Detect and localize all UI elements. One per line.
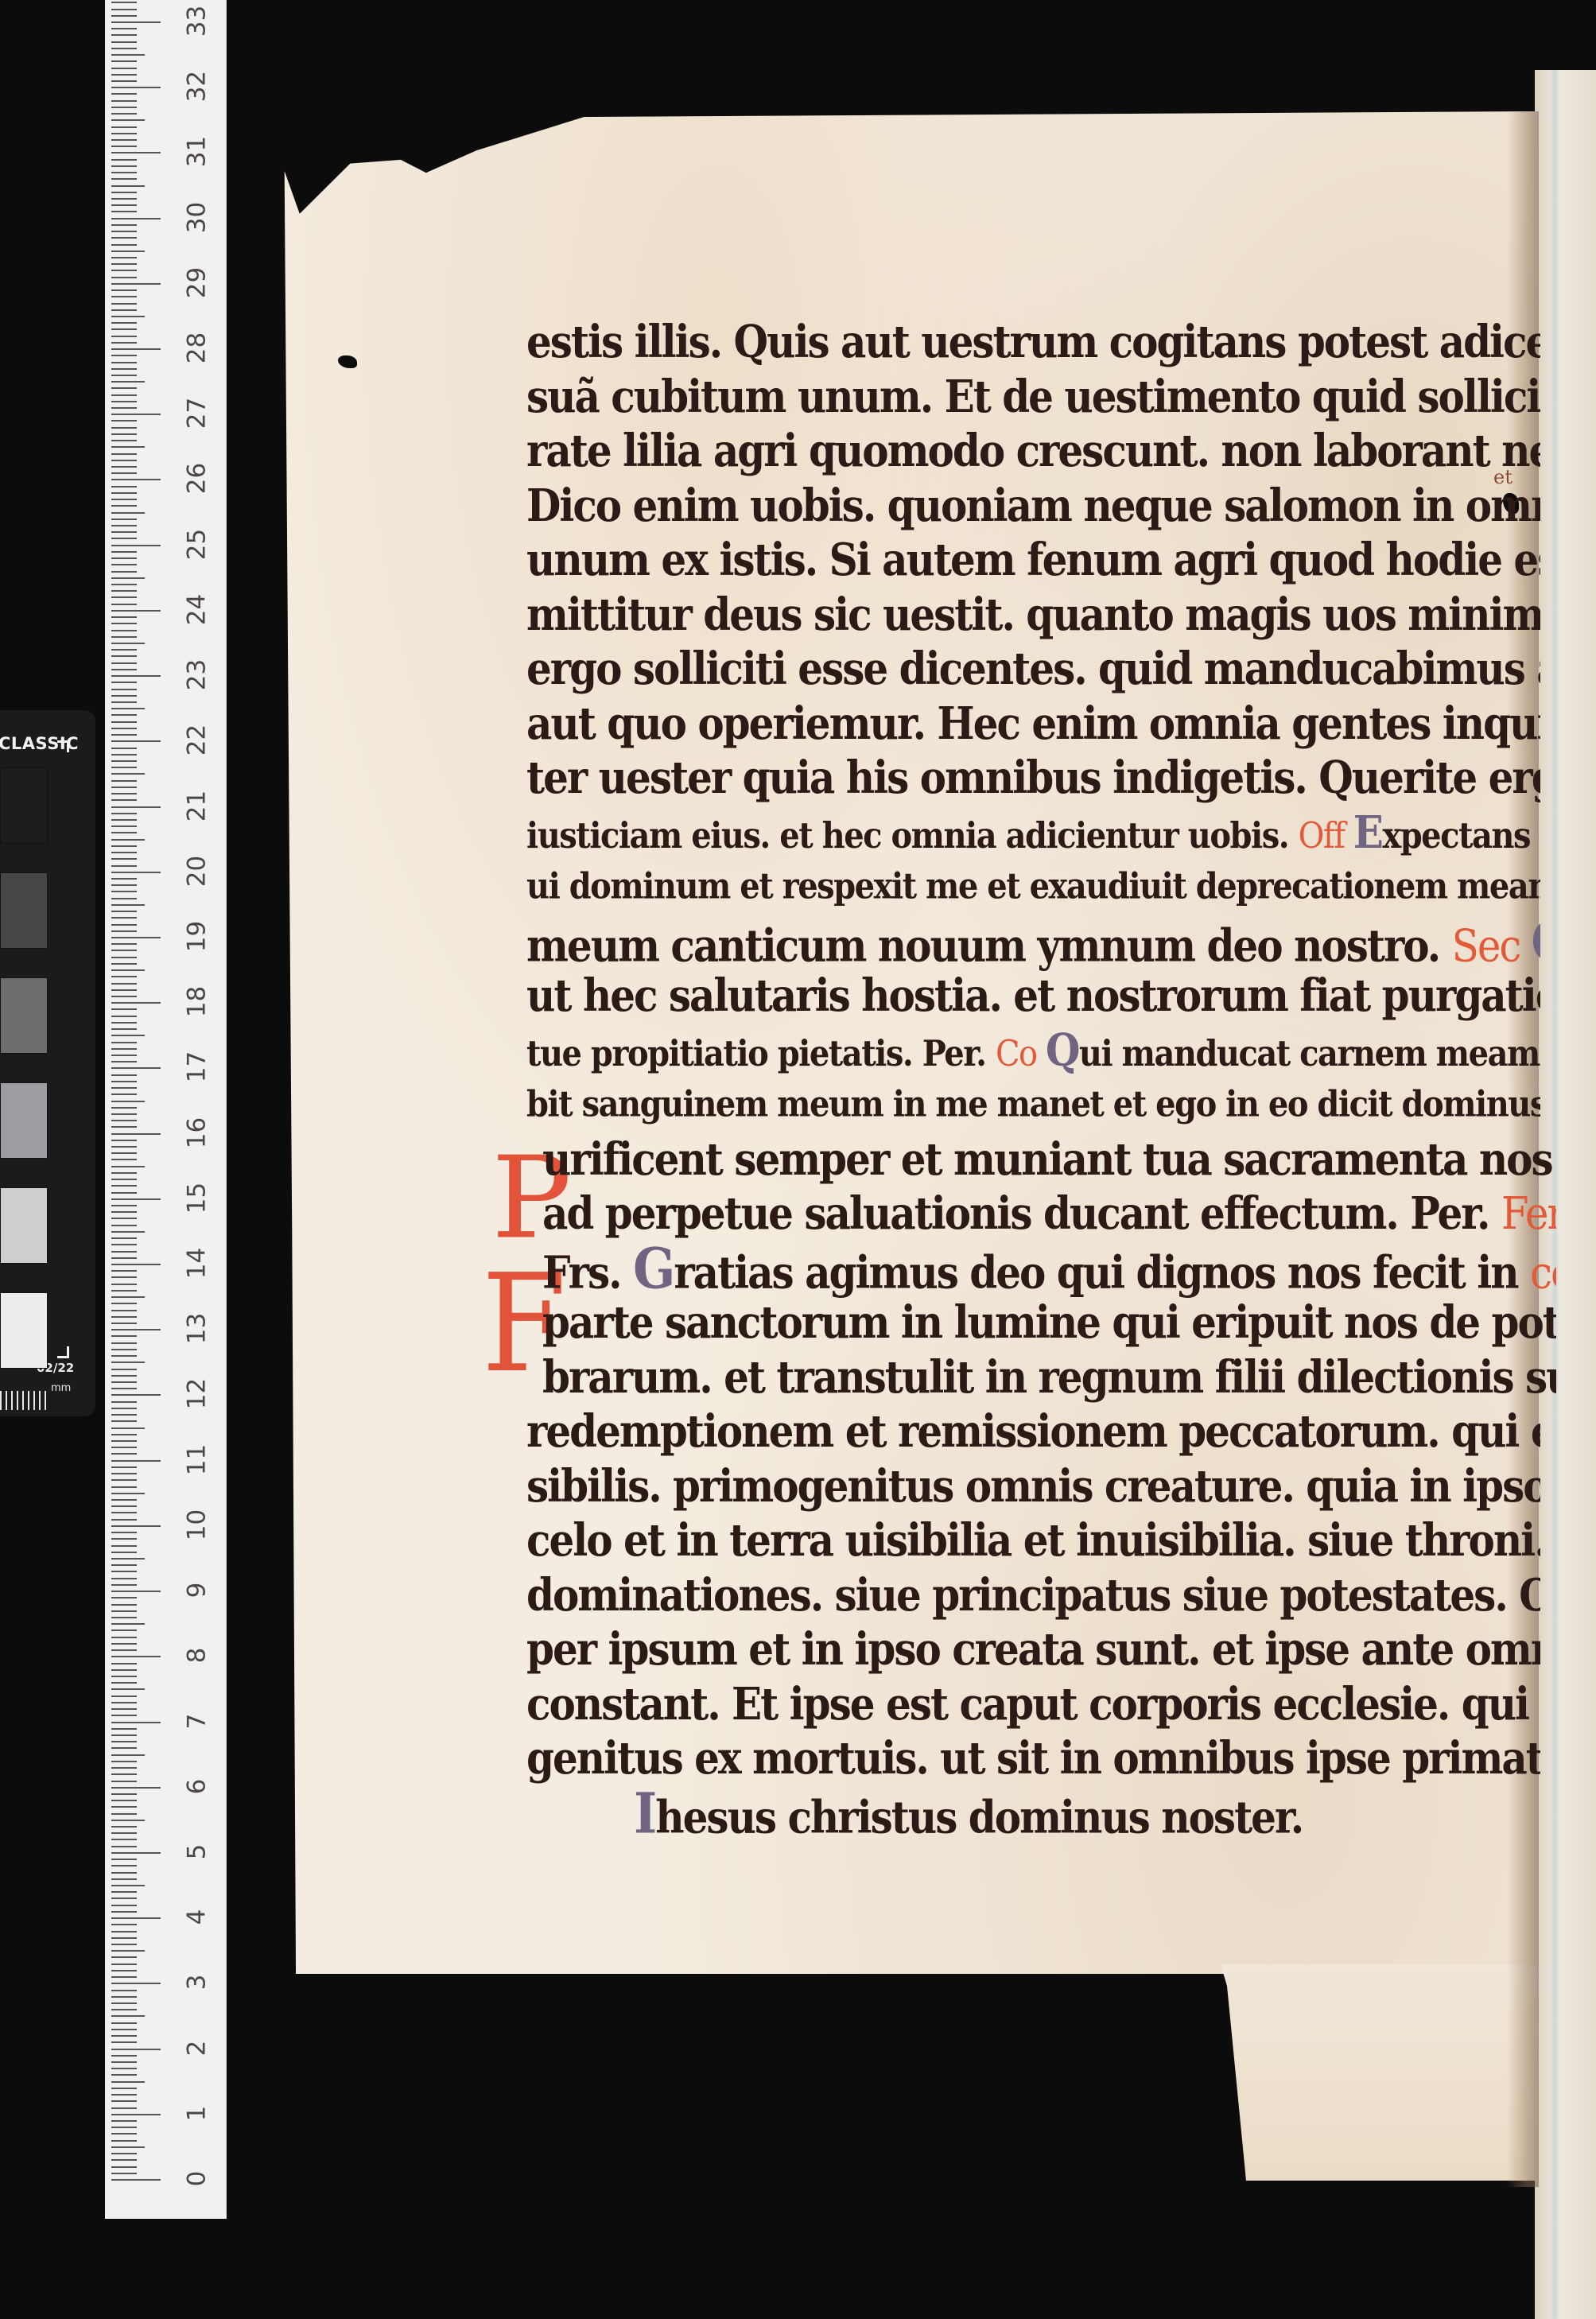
ruler-tick <box>111 799 137 801</box>
ruler-tick <box>111 28 137 29</box>
ruler-tick <box>111 682 137 683</box>
ruler-tick <box>111 2068 137 2069</box>
ruler-tick <box>111 2035 137 2037</box>
ruler-tick <box>111 68 137 69</box>
ruler-label: 15 <box>185 1175 210 1220</box>
ruler-tick <box>111 590 137 592</box>
ruler-label: 20 <box>185 849 210 893</box>
ruler-tick <box>111 60 137 62</box>
ruler-tick <box>111 695 137 697</box>
ruler-tick <box>111 662 137 664</box>
text-segment: sibilis. primogenitus omnis creature. qu… <box>526 1459 1540 1512</box>
ruler-tick <box>111 1898 137 1899</box>
text-segment: ui dominum et respexit me et exaudiuit d… <box>526 865 1540 907</box>
ruler-tick <box>111 1022 137 1024</box>
ruler-label: 10 <box>185 1502 210 1547</box>
ruler-tick <box>111 1225 137 1226</box>
ruler-tick <box>111 708 145 709</box>
ruler-label: 17 <box>185 1045 210 1090</box>
ruler-tick <box>111 1453 137 1455</box>
measurement-ruler: 0123456789101112131415161718192021222324… <box>105 0 227 2219</box>
ruler-tick <box>111 355 137 356</box>
ruler-tick <box>111 178 137 180</box>
ruler-tick <box>111 1388 137 1389</box>
ruler-label: 4 <box>185 1895 210 1940</box>
ruler-tick <box>111 303 137 305</box>
ruler-tick <box>111 1035 145 1036</box>
ruler-tick <box>111 1016 137 1017</box>
ruler-tick <box>111 1630 137 1631</box>
text-segment: ad perpetue saluationis ducant effectum.… <box>542 1187 1501 1239</box>
ruler-tick <box>111 1741 137 1742</box>
ruler-tick <box>111 1976 137 1978</box>
ruler-tick <box>111 1643 137 1645</box>
ruler-tick <box>111 1872 137 1874</box>
ruler-tick <box>111 740 161 742</box>
manuscript-line: unum ex istis. Si autem fenum agri quod … <box>526 533 1540 590</box>
ruler-tick <box>111 858 137 860</box>
ruler-tick <box>111 1218 137 1219</box>
ruler-tick <box>111 519 137 520</box>
ruler-tick <box>111 604 137 605</box>
manuscript-line: aut quo operiemur. Hec enim omnia gentes… <box>526 697 1540 754</box>
ruler-tick <box>111 1538 137 1540</box>
ruler-tick <box>111 289 137 291</box>
ruler-tick <box>111 1093 137 1095</box>
ruler-tick <box>111 1244 137 1245</box>
ruler-tick <box>111 1231 145 1233</box>
ruler-tick <box>111 1734 137 1736</box>
ruler-tick <box>111 1983 161 1984</box>
ruler-tick <box>111 891 137 892</box>
ruler-tick <box>111 649 137 651</box>
ruler-tick <box>111 1519 137 1521</box>
ruler-tick <box>111 748 137 749</box>
ruler-tick <box>111 2159 137 2161</box>
ruler-tick <box>111 1055 137 1056</box>
minor-initial: E <box>1353 806 1383 858</box>
ruler-tick <box>111 237 137 239</box>
manuscript-line: meum canticum nouum ymnum deo nostro. Se… <box>526 915 1540 972</box>
ruler-tick <box>111 257 137 258</box>
ruler-tick <box>111 453 137 455</box>
ruler-tick <box>111 1578 137 1579</box>
grey-patch <box>0 1082 48 1159</box>
ruler-tick <box>111 1970 137 1971</box>
manuscript-line: iusticiam eius. et hec omnia adicientur … <box>526 806 1540 863</box>
text-segment: tue propitiatio pietatis. Per. <box>526 1032 996 1074</box>
ruler-tick <box>111 348 161 350</box>
ruler-tick <box>111 531 137 533</box>
ruler-tick <box>111 192 137 193</box>
ruler-tick <box>111 316 145 317</box>
ruler-tick <box>111 1499 137 1501</box>
ruler-tick <box>111 917 137 919</box>
ruler-tick <box>111 1564 137 1566</box>
ruler-tick <box>111 1434 137 1435</box>
ruler-tick <box>111 1074 137 1076</box>
ruler-tick <box>111 472 137 474</box>
ruler-tick <box>111 139 137 141</box>
ruler-tick <box>111 1042 137 1043</box>
ruler-tick <box>111 1761 137 1762</box>
ruler-label: 19 <box>185 914 210 958</box>
ruler-tick <box>111 1107 137 1109</box>
ruler-tick <box>111 2002 137 2004</box>
ruler-tick <box>111 336 137 337</box>
ruler-tick <box>111 218 161 219</box>
ruler-tick <box>111 1859 137 1860</box>
ruler-tick <box>111 54 145 56</box>
ruler-tick <box>111 1342 137 1344</box>
ruler-tick <box>111 610 161 612</box>
ruler-tick <box>111 1270 137 1272</box>
manuscript-line: genitus ex mortuis. ut sit in omnibus ip… <box>526 1731 1540 1789</box>
ruler-label: 7 <box>185 1699 210 1743</box>
ruler-tick <box>111 1532 137 1533</box>
ruler-tick <box>111 1656 161 1657</box>
ruler-tick <box>111 1316 137 1318</box>
ruler-tick <box>111 780 137 782</box>
ruler-tick <box>111 270 137 271</box>
ruler-tick <box>111 80 137 82</box>
ruler-tick <box>111 623 137 624</box>
manuscript-line: per ipsum et in ipso creata sunt. et ips… <box>526 1622 1540 1680</box>
ruler-tick <box>111 322 137 324</box>
ruler-tick <box>111 133 137 134</box>
manuscript-line: brarum. et transtulit in regnum filii di… <box>542 1350 1556 1408</box>
ruler-tick <box>111 244 137 246</box>
text-segment: unum ex istis. Si autem fenum agri quod … <box>526 533 1540 585</box>
text-segment: celo et in terra uisibilia et inuisibili… <box>526 1513 1540 1566</box>
ruler-tick <box>111 381 145 383</box>
ruler-tick <box>111 427 137 429</box>
ruler-tick <box>111 2107 137 2109</box>
ruler-tick <box>111 924 137 926</box>
ruler-tick <box>111 1852 161 1854</box>
ruler-label: 33 <box>185 0 210 44</box>
ruler-tick <box>111 1140 137 1141</box>
ruler-label: 27 <box>185 391 210 436</box>
grey-patch <box>0 977 48 1054</box>
ruler-tick <box>111 1303 137 1304</box>
text-segment: suã cubitum unum. Et de uestimento quid … <box>526 370 1540 422</box>
ruler-tick <box>111 342 137 344</box>
ruler-tick <box>111 872 161 873</box>
ruler-tick <box>111 1715 137 1716</box>
ruler-tick <box>111 1198 161 1200</box>
ruler-label: 3 <box>185 1960 210 2005</box>
ruler-tick <box>111 1428 145 1429</box>
manuscript-line: ergo solliciti esse dicentes. quid mandu… <box>526 642 1540 699</box>
ruler-tick <box>111 832 137 833</box>
text-segment: ergo solliciti esse dicentes. quid mandu… <box>526 642 1540 694</box>
ruler-label: 8 <box>185 1633 210 1678</box>
ruler-tick <box>111 636 137 638</box>
ruler-tick <box>111 231 137 232</box>
ruler-tick <box>111 1369 137 1370</box>
rubric-text: Fer iiii ad <box>1501 1187 1556 1239</box>
ruler-tick <box>111 819 137 821</box>
ruler-label: 13 <box>185 1307 210 1351</box>
ruler-tick <box>111 1787 161 1789</box>
ruler-tick <box>111 689 137 690</box>
manuscript-line: Dico enim uobis. quoniam neque salomon i… <box>526 479 1540 536</box>
ruler-tick <box>111 2 137 3</box>
ruler-tick <box>111 1937 137 1939</box>
ruler-tick <box>111 976 137 977</box>
ruler-tick <box>111 930 137 932</box>
ruler-tick <box>111 1846 137 1847</box>
ruler-tick <box>111 675 161 677</box>
ruler-tick <box>111 1355 137 1357</box>
manuscript-line: sibilis. primogenitus omnis creature. qu… <box>526 1459 1540 1517</box>
ruler-tick <box>111 1525 161 1527</box>
grey-color-card: CLASSIC 02/22 mm <box>0 710 95 1416</box>
ruler-tick <box>111 1813 137 1815</box>
ruler-tick <box>111 1237 137 1239</box>
ruler-tick <box>111 440 137 441</box>
ruler-tick <box>111 1878 137 1880</box>
text-segment: dominationes. siue principatus siue pote… <box>526 1568 1540 1621</box>
ruler-tick <box>111 839 145 841</box>
ruler-tick <box>111 1696 137 1697</box>
minor-initial: Q <box>1046 1024 1079 1076</box>
manuscript-line: Ihesus christus dominus noster. <box>634 1786 1596 1843</box>
ruler-label: 28 <box>185 326 210 371</box>
ruler-tick <box>111 486 137 487</box>
ruler-tick <box>111 1552 137 1553</box>
text-segment: ratias agimus deo qui dignos nos fecit i… <box>674 1245 1530 1298</box>
ruler-tick <box>111 760 137 762</box>
ruler-tick <box>111 1905 137 1906</box>
ruler-tick <box>111 1512 137 1513</box>
ruler-tick <box>111 1420 137 1422</box>
ruler-label: 2 <box>185 2026 210 2070</box>
ruler-tick <box>111 1558 145 1560</box>
ruler-tick <box>111 505 137 507</box>
ruler-tick <box>111 989 137 991</box>
ruler-tick <box>111 309 137 311</box>
ruler-label: 18 <box>185 980 210 1024</box>
ruler-tick <box>111 446 145 448</box>
ruler-tick <box>111 1185 137 1187</box>
ruler-tick <box>111 1891 137 1893</box>
ruler-tick <box>111 630 137 631</box>
ruler-tick <box>111 2055 137 2057</box>
ruler-tick <box>111 1113 137 1115</box>
ruler-tick <box>111 577 145 579</box>
ruler-tick <box>111 2029 137 2030</box>
ruler-tick <box>111 2133 137 2134</box>
ruler-tick <box>111 1597 137 1598</box>
ruler-tick <box>111 492 137 494</box>
ruler-tick <box>111 2094 137 2096</box>
ruler-tick <box>111 1950 145 1952</box>
ruler-tick <box>111 414 161 415</box>
ruler-label: 24 <box>185 587 210 631</box>
manuscript-line: suã cubitum unum. Et de uestimento quid … <box>526 370 1540 427</box>
ruler-tick <box>111 1637 137 1638</box>
ruler-tick <box>111 1008 137 1010</box>
ruler-tick <box>111 767 137 768</box>
ruler-tick <box>111 806 161 808</box>
text-segment: rate lilia agri quomodo crescunt. non la… <box>526 424 1540 476</box>
manuscript-line: constant. Et ipse est caput corporis ecc… <box>526 1677 1540 1734</box>
ruler-tick <box>111 1747 137 1749</box>
ruler-tick <box>111 159 137 161</box>
ruler-tick <box>111 1990 137 1991</box>
ruler-tick <box>111 479 161 480</box>
color-card-unit: mm <box>51 1382 71 1394</box>
ruler-tick <box>111 884 137 886</box>
ruler-tick <box>111 2074 137 2076</box>
text-segment: ter uester quia his omnibus indigetis. Q… <box>526 751 1540 803</box>
ruler-tick <box>111 1832 137 1834</box>
ruler-tick <box>111 1956 137 1958</box>
manuscript-line: ut hec salutaris hostia. et nostrorum fi… <box>526 969 1540 1026</box>
ruler-label: 6 <box>185 1764 210 1808</box>
ruler-label: 22 <box>185 718 210 763</box>
ruler-tick <box>111 2100 137 2102</box>
ruler-tick <box>111 74 137 76</box>
ruler-tick <box>111 1310 137 1311</box>
ruler-tick <box>111 584 137 585</box>
ruler-tick <box>111 1924 137 1925</box>
ruler-tick <box>111 1335 137 1337</box>
ruler-tick <box>111 460 137 461</box>
ruler-tick <box>111 1702 137 1703</box>
text-segment: bit sanguinem meum in me manet et ego in… <box>526 1083 1540 1125</box>
ruler-tick <box>111 1584 137 1586</box>
ruler-tick <box>111 996 137 997</box>
ruler-tick <box>111 2022 137 2024</box>
ruler-label: 11 <box>185 1437 210 1482</box>
ruler-tick <box>111 1159 137 1160</box>
minor-initial: G <box>633 1241 674 1299</box>
manuscript-line: rate lilia agri quomodo crescunt. non la… <box>526 424 1540 481</box>
ruler-tick <box>111 394 137 396</box>
ruler-tick <box>111 2153 137 2154</box>
ruler-tick <box>111 1361 145 1363</box>
ruler-tick <box>111 1179 137 1180</box>
ruler-tick <box>111 825 137 827</box>
ruler-tick <box>111 283 161 285</box>
ruler-tick <box>111 1800 137 1801</box>
text-segment: estis illis. Quis aut uestrum cogitans p… <box>526 315 1540 367</box>
ruler-label: 14 <box>185 1241 210 1286</box>
rubric-text: Off <box>1299 815 1353 857</box>
ruler-tick <box>111 1101 145 1102</box>
ruler-tick <box>111 1133 161 1135</box>
ruler-tick <box>111 172 137 173</box>
ruler-tick <box>111 1473 137 1474</box>
ruler-tick <box>111 1061 137 1062</box>
ruler-tick <box>111 571 137 573</box>
ruler-tick <box>111 1166 145 1167</box>
ruler-tick <box>111 375 137 376</box>
ruler-tick <box>111 904 145 906</box>
minor-initial: I <box>634 1786 655 1843</box>
ruler-tick <box>111 2049 161 2050</box>
ruler-label: 12 <box>185 1372 210 1416</box>
text-segment: genitus ex mortuis. ut sit in omnibus ip… <box>526 1731 1540 1784</box>
ruler-tick <box>111 943 137 945</box>
ruler-tick <box>111 1146 137 1148</box>
ruler-tick <box>111 701 137 703</box>
ruler-tick <box>111 1414 137 1416</box>
card-corner-mark <box>57 740 69 752</box>
ruler-tick <box>111 1126 137 1128</box>
grey-patch <box>0 1187 48 1264</box>
ruler-tick <box>111 728 137 729</box>
ruler-tick <box>111 277 137 278</box>
manuscript-line: redemptionem et remissionem peccatorum. … <box>526 1404 1540 1462</box>
text-segment: xpectans expecta <box>1382 814 1540 857</box>
ruler-tick <box>111 2140 137 2142</box>
ruler-tick <box>111 296 137 297</box>
ruler-tick <box>111 1466 137 1468</box>
ruler-tick <box>111 401 137 402</box>
card-corner-mark <box>57 1346 69 1358</box>
ruler-tick <box>111 1002 161 1004</box>
ruler-tick <box>111 957 137 958</box>
ruler-tick <box>111 1865 137 1866</box>
ruler-tick <box>111 499 137 500</box>
ruler-tick <box>111 1604 137 1606</box>
ruler-label: 9 <box>185 1568 210 1613</box>
ruler-tick <box>111 1964 137 1965</box>
ruler-tick <box>111 721 137 723</box>
text-segment: ut hec salutaris hostia. et nostrorum fi… <box>526 969 1540 1021</box>
ruler-tick <box>111 564 137 565</box>
ruler-tick <box>111 119 145 121</box>
ruler-tick <box>111 1917 161 1919</box>
manuscript-line: mittitur deus sic uestit. quanto magis u… <box>526 588 1540 645</box>
ruler-tick <box>111 937 161 938</box>
ruler-tick <box>111 525 137 526</box>
manuscript-line: celo et in terra uisibilia et inuisibili… <box>526 1513 1540 1571</box>
ruler-tick <box>111 1781 137 1782</box>
ruler-tick <box>111 1349 137 1350</box>
ruler-tick <box>111 1591 161 1592</box>
ruler-tick <box>111 1486 137 1488</box>
ruler-tick <box>111 1617 137 1618</box>
ruler-tick <box>111 714 137 716</box>
ruler-label: 30 <box>185 195 210 239</box>
ruler-tick <box>111 787 137 788</box>
ruler-tick <box>111 1839 137 1840</box>
text-segment: brarum. et transtulit in regnum filii di… <box>542 1350 1556 1403</box>
ruler-tick <box>111 328 137 330</box>
rubric-text: Sec <box>1452 919 1532 971</box>
ruler-tick <box>111 1257 137 1259</box>
ruler-label: 16 <box>185 1110 210 1155</box>
ruler-tick <box>111 15 137 17</box>
ruler-tick <box>111 1996 137 1998</box>
ruler-tick <box>111 963 137 965</box>
ruler-tick <box>111 557 137 559</box>
ruler-tick <box>111 983 137 985</box>
ruler-tick <box>111 1911 137 1913</box>
ruler-tick <box>111 165 137 167</box>
grey-patch <box>0 872 48 949</box>
ruler-tick <box>111 2088 137 2089</box>
ruler-tick <box>111 1505 137 1507</box>
text-segment: hesus christus dominus noster. <box>655 1790 1303 1843</box>
manuscript-line: Frs. Gratias agimus deo qui dignos nos f… <box>542 1241 1556 1299</box>
ruler-tick <box>111 21 161 23</box>
